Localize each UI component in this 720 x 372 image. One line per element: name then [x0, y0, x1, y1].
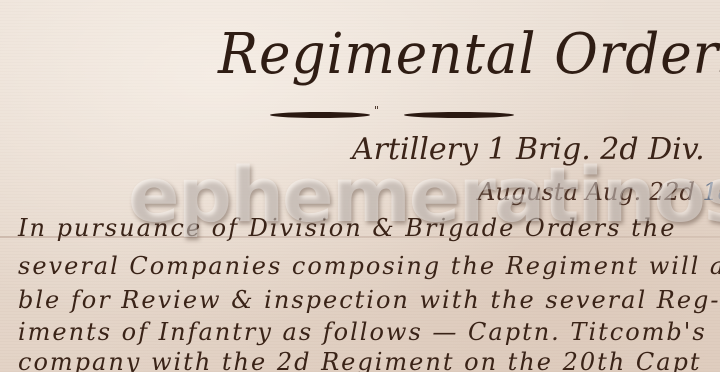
title-divider-right [404, 112, 514, 118]
body-line-4: iments of Infantry as follows — Captn. T… [18, 318, 707, 346]
body-line-5: company with the 2d Regiment on the 20th… [18, 348, 702, 372]
title-divider-left [270, 112, 370, 118]
document-title: Regimental Orders [218, 22, 720, 87]
watermark: ephemeratinos [128, 150, 720, 239]
body-line-3: ble for Review & inspection with the sev… [18, 286, 720, 314]
body-line-2: several Companies composing the Regiment… [18, 252, 720, 280]
title-divider-mark: " [374, 104, 379, 117]
